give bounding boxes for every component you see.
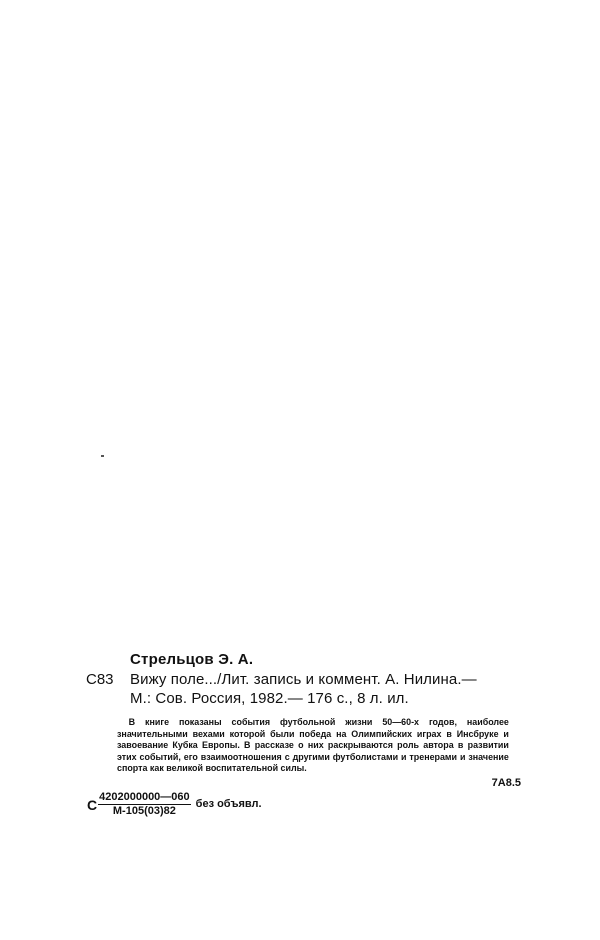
publication-index: С 4202000000—060 М-105(03)82 без объявл. [87,791,262,818]
scan-speck [101,455,104,457]
classification-code: 7А8.5 [492,777,521,789]
title-line-2: М.: Сов. Россия, 1982.— 176 с., 8 л. ил. [130,690,409,707]
index-suffix: без объявл. [196,798,262,810]
title-line-1: Вижу поле.../Лит. запись и коммент. А. Н… [130,671,477,688]
annotation-paragraph: В книге показаны события футбольной жизн… [117,717,509,775]
index-numerator: 4202000000—060 [98,791,191,805]
index-denominator: М-105(03)82 [112,805,177,818]
index-prefix: С [87,797,97,813]
author-name: Стрельцов Э. А. [130,651,253,668]
index-fraction: 4202000000—060 М-105(03)82 [98,791,191,818]
shelf-code: С83 [86,671,114,688]
